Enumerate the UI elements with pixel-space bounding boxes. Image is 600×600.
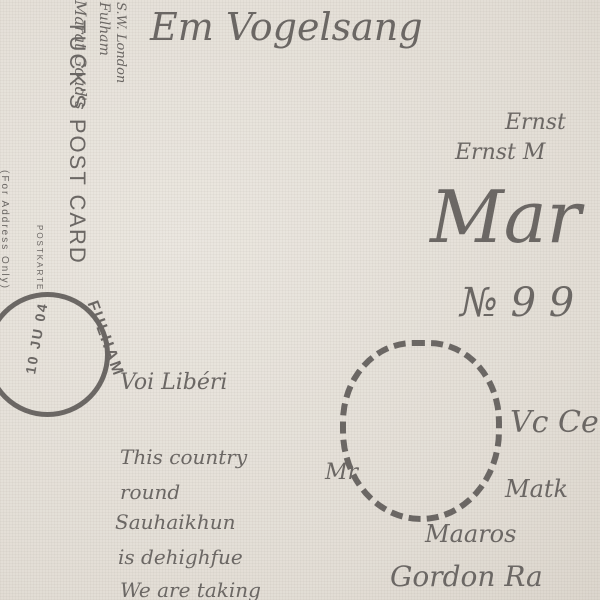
line5-text: We are taking (120, 578, 261, 600)
line3-text: Sauhaikhun (115, 510, 235, 534)
mr-text: Mr (325, 460, 358, 485)
vogelsang-text: Em Vogelsang (150, 5, 423, 49)
mar-text: Mar (430, 175, 581, 259)
mat-text: Matk (505, 475, 568, 503)
ernst-text: Ernst (505, 110, 566, 135)
address-text: (For Address Only) (0, 170, 10, 290)
ernst2-text: Ernst M (455, 140, 545, 165)
vc-text: Vc Ce (510, 405, 599, 440)
fulham-text: Fulham (96, 2, 112, 56)
line1-text: This country (120, 445, 247, 469)
fabric-texture: TUCK'S POST CARD POSTKARTE (For Address … (0, 0, 600, 600)
voi-text: Voi Libéri (120, 370, 227, 395)
marat-text: Marat Goad's (71, 0, 90, 109)
maaros-text: Maaros (425, 520, 516, 548)
postkarte-text: POSTKARTE (35, 225, 44, 291)
crest-stamp (340, 340, 502, 522)
line2-text: round (120, 480, 180, 504)
number-text: № 9 9 (460, 280, 574, 326)
gordon-text: Gordon Ra (390, 560, 543, 593)
london-text: S.W. London (113, 2, 128, 83)
line4-text: is dehighfue (118, 545, 243, 569)
